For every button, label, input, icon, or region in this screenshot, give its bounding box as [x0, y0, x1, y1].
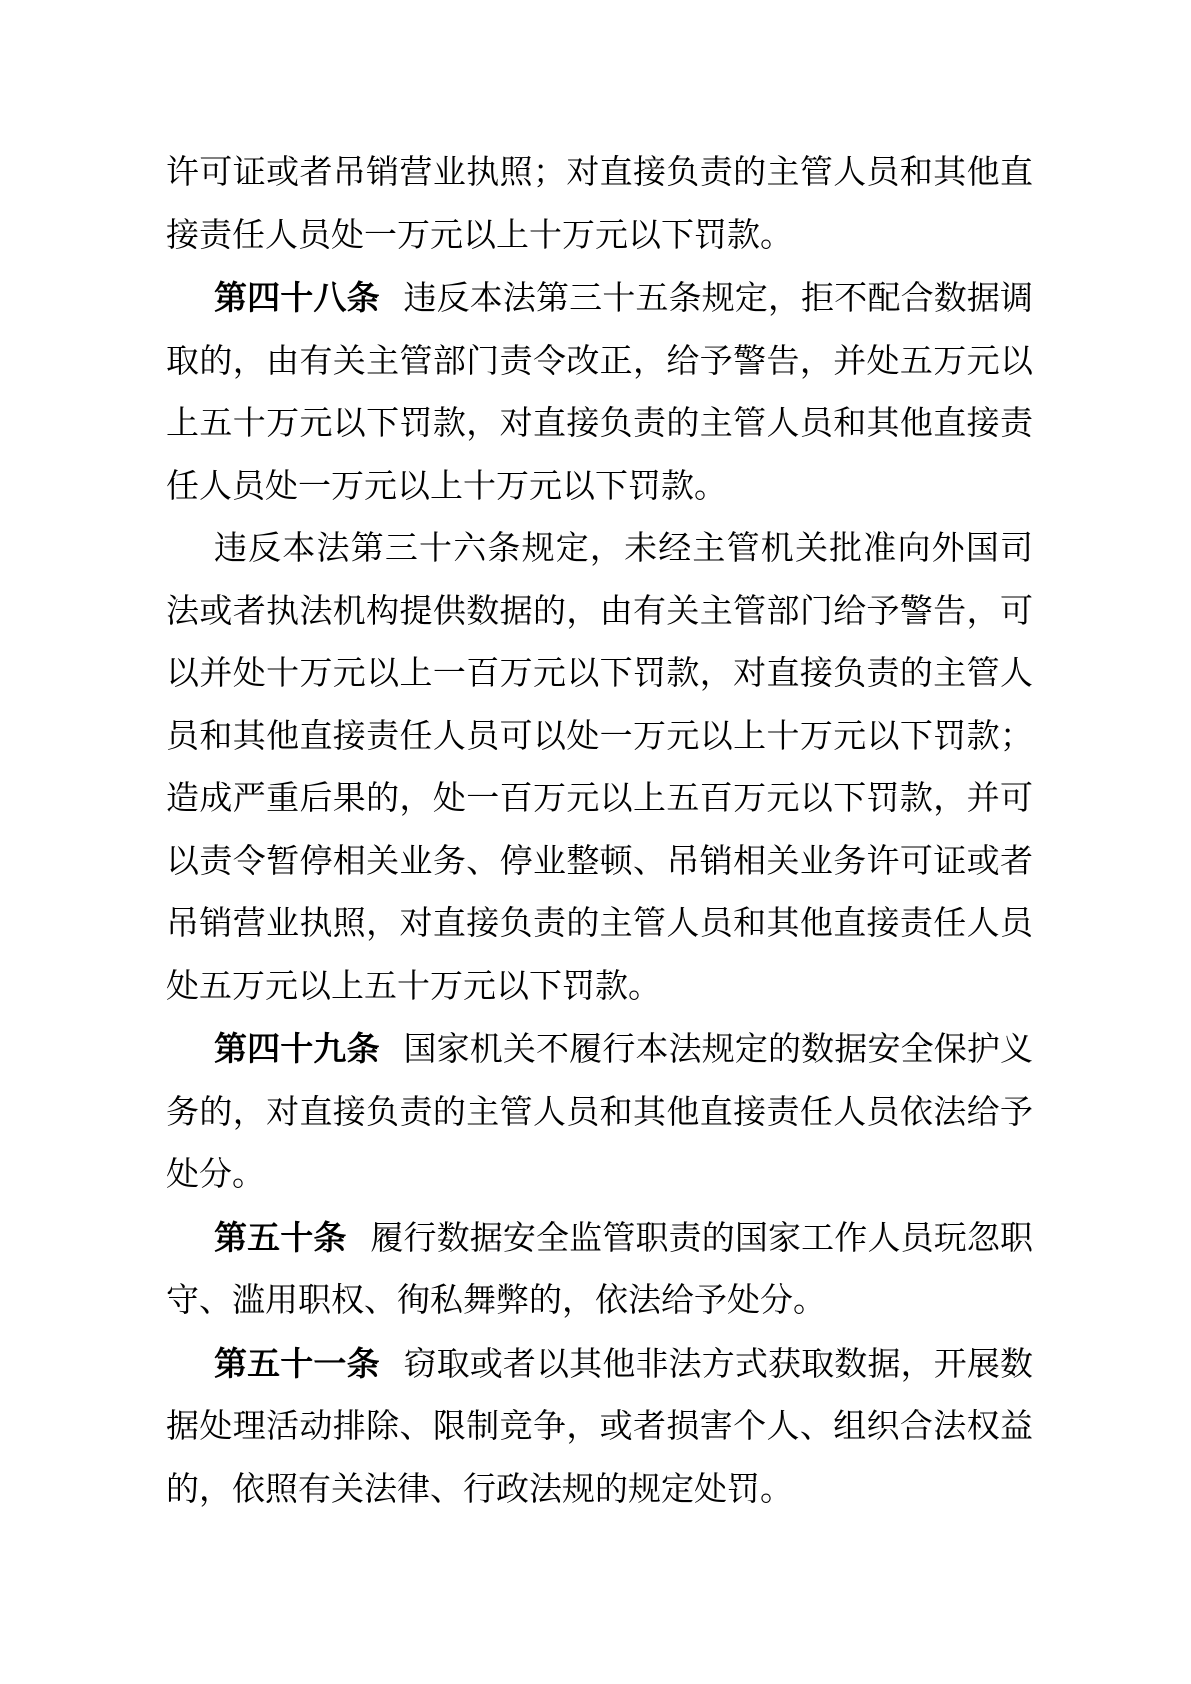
paragraph: 第四十九条国家机关不履行本法规定的数据安全保护义务的，对直接负责的主管人员和其他…: [166, 1018, 1033, 1207]
article-number: 第五十条: [214, 1219, 347, 1256]
paragraph: 第五十一条窃取或者以其他非法方式获取数据，开展数据处理活动排除、限制竞争，或者损…: [166, 1333, 1033, 1522]
paragraph: 第五十条履行数据安全监管职责的国家工作人员玩忽职守、滥用职权、徇私舞弊的，依法给…: [166, 1207, 1033, 1333]
text-block: 许可证或者吊销营业执照；对直接负责的主管人员和其他直接责任人员处一万元以上十万元…: [166, 142, 1033, 1521]
article-number: 第五十一条: [214, 1345, 380, 1382]
article-number: 第四十八条: [214, 279, 380, 316]
paragraph: 违反本法第三十六条规定，未经主管机关批准向外国司法或者执法机构提供数据的，由有关…: [166, 518, 1033, 1018]
article-number: 第四十九条: [214, 1030, 380, 1067]
paragraph: 许可证或者吊销营业执照；对直接负责的主管人员和其他直接责任人员处一万元以上十万元…: [166, 142, 1033, 267]
paragraph-text: 违反本法第三十六条规定，未经主管机关批准向外国司法或者执法机构提供数据的，由有关…: [166, 531, 1033, 1005]
document-page: 许可证或者吊销营业执照；对直接负责的主管人员和其他直接责任人员处一万元以上十万元…: [0, 0, 1191, 1684]
paragraph-text: 许可证或者吊销营业执照；对直接负责的主管人员和其他直接责任人员处一万元以上十万元…: [166, 155, 1033, 254]
paragraph: 第四十八条违反本法第三十五条规定，拒不配合数据调取的，由有关主管部门责令改正，给…: [166, 267, 1033, 518]
